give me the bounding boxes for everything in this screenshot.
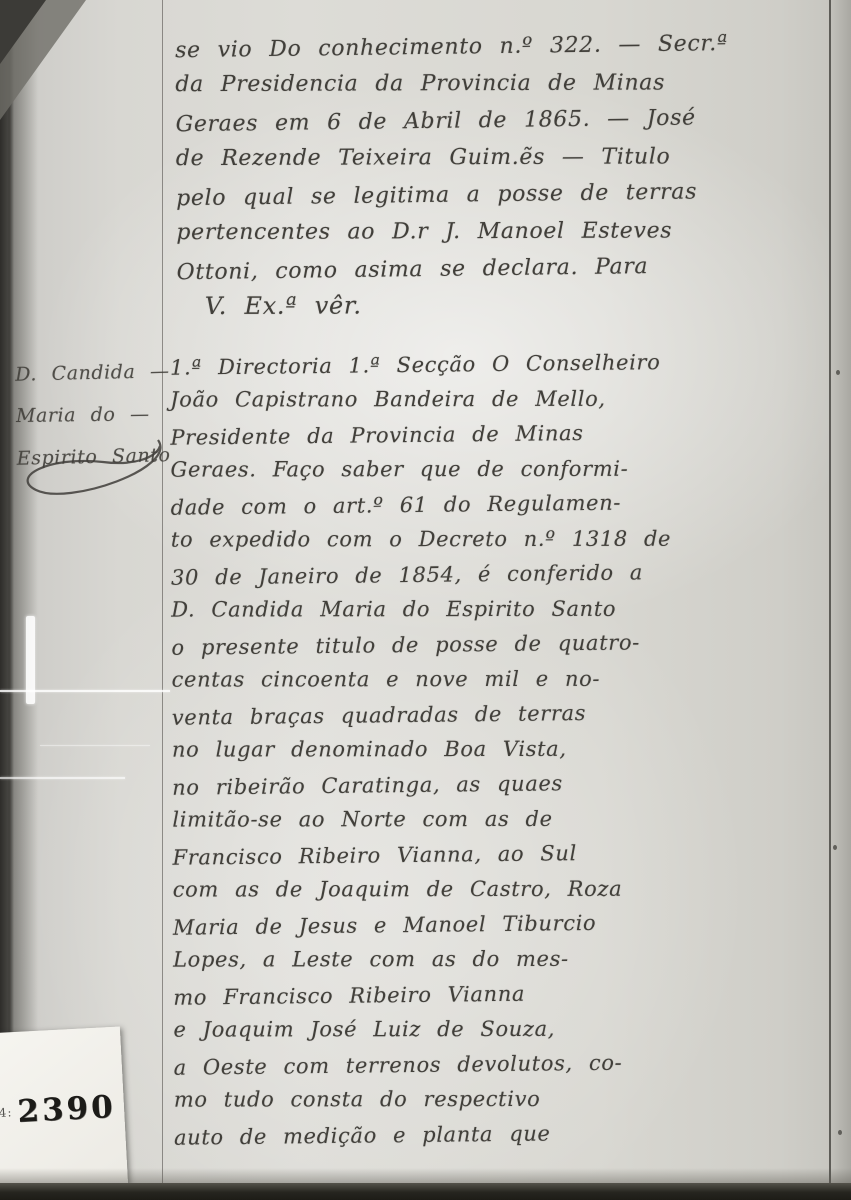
- film-scratch: [40, 745, 150, 746]
- archival-number-label: º4: 2390: [0, 1026, 128, 1191]
- manuscript-line: de Rezende Teixeira Guim.ẽs — Titulo: [176, 138, 824, 177]
- manuscript-line: centas cincoenta e nove mil e no-: [172, 661, 824, 697]
- manuscript-line: Maria de Jesus e Manoel Tiburcio: [173, 903, 825, 945]
- manuscript-line: com as de Joaquim de Castro, Roza: [173, 871, 825, 907]
- manuscript-line: D. Candida Maria do Espirito Santo: [171, 591, 823, 627]
- manuscript-line: o presente titulo de posse de quatro-: [171, 623, 823, 665]
- manuscript-line: auto de medição e planta que: [174, 1113, 826, 1155]
- scanned-document: se vio Do conhecimento n.º 322. — Secr.ª…: [0, 0, 851, 1200]
- manuscript-line: no ribeirão Caratinga, as quaes: [172, 763, 824, 805]
- archival-number: º4: 2390: [0, 1089, 117, 1131]
- header-annotation: se vio Do conhecimento n.º 322. — Secr.ª…: [175, 26, 825, 327]
- manuscript-line: Lopes, a Leste com as do mes-: [173, 941, 825, 977]
- ink-speck: [838, 1130, 842, 1135]
- bottom-edge-fade: [0, 1168, 851, 1184]
- film-edge-shadow: [8, 0, 38, 1200]
- manuscript-line: se vio Do conhecimento n.º 322. — Secr.ª: [175, 24, 823, 69]
- manuscript-line: Geraes em 6 de Abril de 1865. — José: [175, 98, 823, 143]
- manuscript-line: D. Candida —: [15, 350, 166, 396]
- manuscript-line: limitão-se ao Norte com as de: [172, 801, 824, 837]
- manuscript-line: 30 de Janeiro de 1854, é conferido a: [171, 553, 823, 595]
- manuscript-line: venta braças quadradas de terras: [172, 693, 824, 735]
- manuscript-line: João Capistrano Bandeira de Mello,: [170, 381, 822, 417]
- ink-speck: [833, 845, 837, 850]
- manuscript-line: pelo qual se legitima a posse de terras: [176, 172, 824, 217]
- manuscript-line: dade com o art.º 61 do Regulamen-: [171, 483, 823, 525]
- manuscript-line: mo Francisco Ribeiro Vianna: [173, 973, 825, 1015]
- manuscript-line: no lugar denominado Boa Vista,: [172, 731, 824, 767]
- manuscript-line: V. Ex.ª vêr.: [177, 286, 825, 325]
- ink-speck: [836, 370, 840, 375]
- body-text: 1.ª Directoria 1.ª Secção O Conselheiro …: [170, 345, 826, 1153]
- paper-tear-highlight: [26, 616, 35, 704]
- archival-number-value: 2390: [17, 1089, 117, 1130]
- manuscript-line: da Presidencia da Provincia de Minas: [175, 64, 823, 103]
- manuscript-line: e Joaquim José Luiz de Souza,: [173, 1011, 825, 1047]
- archival-number-prefix: º4:: [0, 1105, 13, 1120]
- ruled-margin-line: [162, 0, 163, 1184]
- manuscript-line: Geraes. Faço saber que de conformi-: [171, 451, 823, 487]
- bottom-edge-band: [0, 1183, 851, 1200]
- manuscript-line: pertencentes ao D.r J. Manoel Esteves: [176, 212, 824, 251]
- pen-flourish-loop: [8, 428, 178, 508]
- film-scratch: [0, 777, 125, 779]
- manuscript-line: a Oeste com terrenos devolutos, co-: [173, 1043, 825, 1085]
- manuscript-line: Presidente da Provincia de Minas: [170, 413, 822, 455]
- manuscript-line: to expedido com o Decreto n.º 1318 de: [171, 521, 823, 557]
- manuscript-line: mo tudo consta do respectivo: [174, 1081, 826, 1117]
- manuscript-line: Ottoni, como asima se declara. Para: [176, 246, 824, 291]
- manuscript-line: Francisco Ribeiro Vianna, ao Sul: [172, 833, 824, 875]
- manuscript-line: 1.ª Directoria 1.ª Secção O Conselheiro: [170, 343, 822, 385]
- right-edge-shading: [831, 0, 851, 1184]
